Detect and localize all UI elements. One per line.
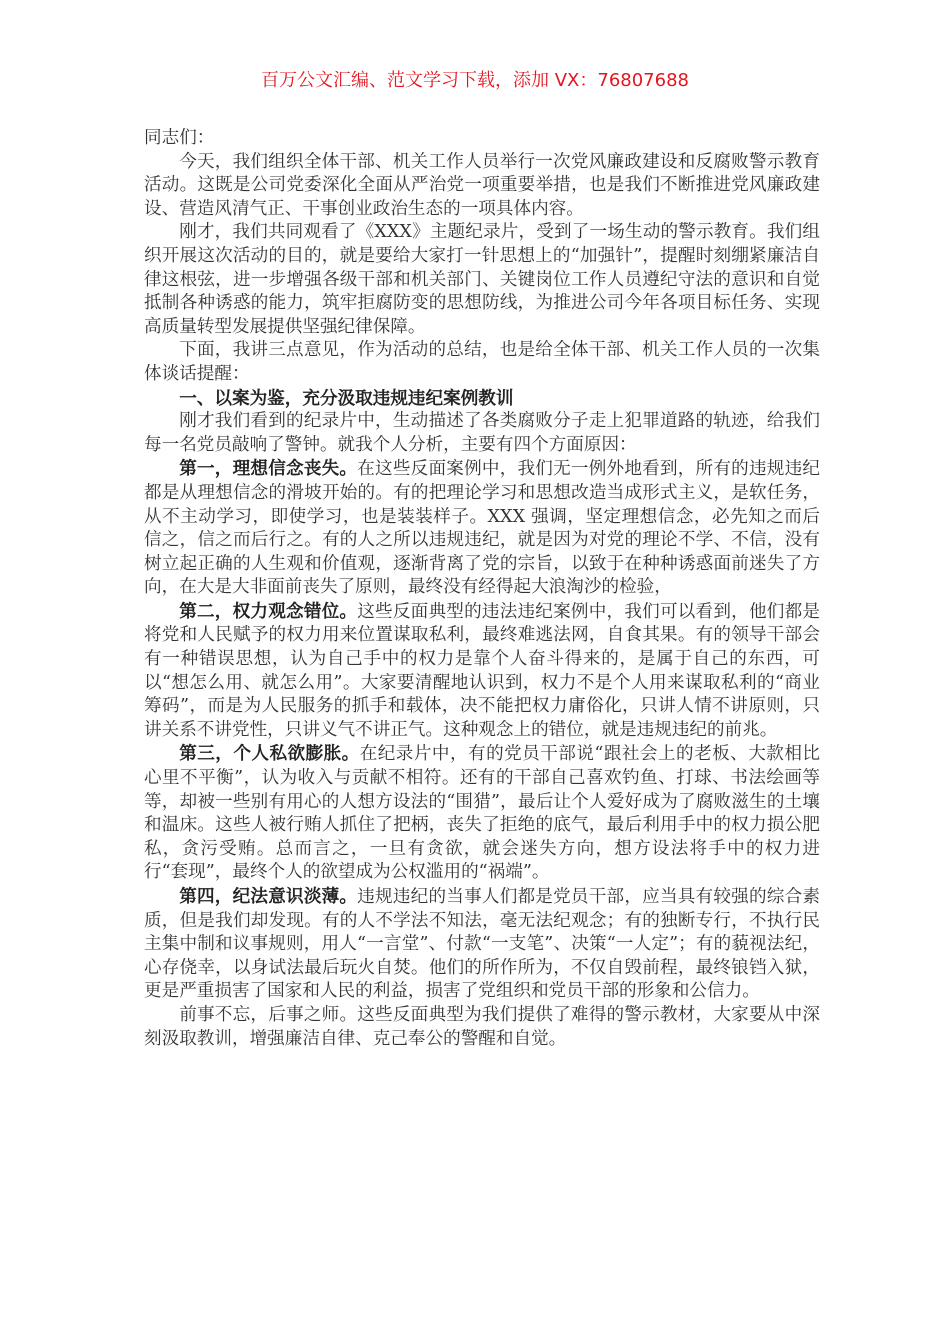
point-4: 第四，纪法意识淡薄。违规违纪的当事人们都是党员干部，应当具有较强的综合素质，但是… bbox=[144, 885, 820, 1004]
watermark-banner: 百万公文汇编、范文学习下载，添加 VX：76807688 bbox=[0, 68, 950, 94]
salutation: 同志们： bbox=[144, 127, 820, 151]
intro-paragraph-2: 刚才，我们共同观看了《XXX》主题纪录片，受到了一场生动的警示教育。我们组织开展… bbox=[144, 221, 820, 339]
point-3-title: 第三，个人私欲膨胀。 bbox=[179, 743, 360, 764]
point-3: 第三，个人私欲膨胀。在纪录片中，有的党员干部说“跟社会上的老板、大款相比心里不平… bbox=[144, 742, 820, 885]
point-2-body: 这些反面典型的违法违纪案例中，我们可以看到，他们都是将党和人民赋予的权力用来位置… bbox=[144, 602, 820, 740]
point-1-body: 在这些反面案例中，我们无一例外地看到，所有的违规违纪都是从理想信念的滑坡开始的。… bbox=[144, 459, 820, 597]
intro-paragraph-1: 今天，我们组织全体干部、机关工作人员举行一次党风廉政建设和反腐败警示教育活动。这… bbox=[144, 151, 820, 222]
section-closing: 前事不忘，后事之师。这些反面典型为我们提供了难得的警示教材，大家要从中深刻汲取教… bbox=[144, 1004, 820, 1051]
intro-paragraph-3: 下面，我讲三点意见，作为活动的总结，也是给全体干部、机关工作人员的一次集体谈话提… bbox=[144, 339, 820, 386]
point-3-body: 在纪录片中，有的党员干部说“跟社会上的老板、大款相比心里不平衡”，认为收入与贡献… bbox=[144, 744, 820, 882]
section-heading-1: 一、以案为鉴，充分汲取违规违纪案例教训 bbox=[144, 387, 820, 411]
point-2-title: 第二，权力观念错位。 bbox=[179, 601, 357, 622]
section-lead: 刚才我们看到的纪录片中，生动描述了各类腐败分子走上犯罪道路的轨迹，给我们每一名党… bbox=[144, 410, 820, 457]
point-1: 第一，理想信念丧失。在这些反面案例中，我们无一例外地看到，所有的违规违纪都是从理… bbox=[144, 457, 820, 600]
document-body: 同志们： 今天，我们组织全体干部、机关工作人员举行一次党风廉政建设和反腐败警示教… bbox=[144, 127, 820, 1051]
point-4-title: 第四，纪法意识淡薄。 bbox=[179, 886, 357, 907]
point-1-title: 第一，理想信念丧失。 bbox=[179, 458, 357, 479]
point-2: 第二，权力观念错位。这些反面典型的违法违纪案例中，我们可以看到，他们都是将党和人… bbox=[144, 600, 820, 743]
